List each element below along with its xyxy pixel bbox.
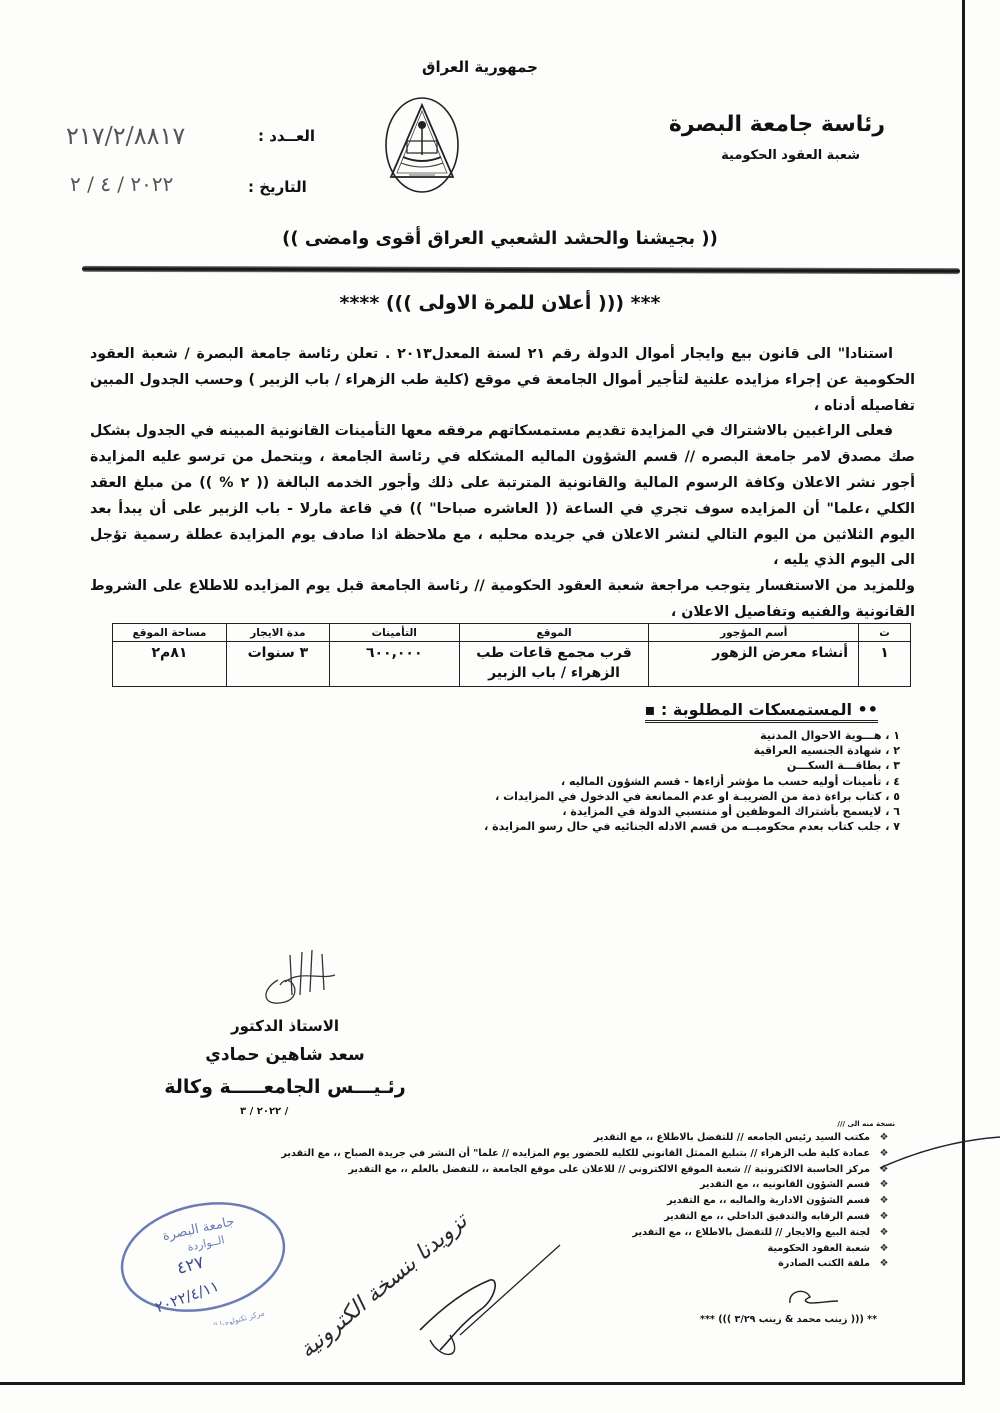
body-paragraph-legal-basis: استنادا" الى قانون بيع وايجار أموال الدو… [90,342,915,419]
typist-initials: ** ((( زينب محمد & زينب ٣/٢٩ ))) *** [700,1314,877,1325]
typist-signature-icon [780,1283,840,1313]
list-item: ❖قسم الشؤون القانونيه ،، مع التقدير [281,1177,892,1193]
announcement-body: استنادا" الى قانون بيع وايجار أموال الدو… [90,342,915,626]
signature-date: ٢٠٢٢ / ٣ / [240,1106,288,1117]
diamond-bullet-icon: ❖ [876,1130,892,1146]
list-item: ٥ ، كتاب براءة ذمة من الضريبـة او عدم ال… [484,789,900,804]
diamond-bullet-icon: ❖ [876,1146,892,1162]
document-number-handwritten: ٢١٧/٢/٨٨١٧ [66,122,256,150]
cell-lease-period: ٣ سنوات [226,642,329,687]
organization-title: رئاسة جامعة البصرة [669,112,885,137]
column-header-index: ت [859,624,911,642]
requirements-title: •• المستمسكات المطلوبة : ▪ [645,700,878,723]
body-paragraph-inquiry: وللمزيد من الاستفسار يتوجب مراجعة شعبة ا… [90,574,915,626]
list-item: ٤ ، تأمينات أوليه حسب ما مؤشر أزاءها - ق… [484,774,900,789]
list-item: ٣ ، بطاقـــة السكـــن [484,758,900,773]
cell-deposit: ٦٠٠,٠٠٠ [329,642,459,687]
slogan: (( بجيشنا والحشد الشعبي العراق أقوى وامض… [250,228,750,249]
column-header-deposit: التأمينات [329,624,459,642]
list-item: ❖قسم الشؤون الادارية والماليه ،، مع التق… [281,1193,892,1209]
signatory-role: رئـيـــس الجامعـــــة وكالة [150,1070,420,1104]
handwritten-note: تزويدنا بنسخة الكترونية [290,1210,530,1380]
page-border-bottom [0,1382,965,1385]
incoming-stamp-icon: جامعة البصرة الــواردة ٤٢٧ ٢٠٢٢/٤/١١ مرك… [115,1195,290,1325]
signatory-title: الاستاذ الدكتور [150,1012,420,1040]
svg-text:تزويدنا بنسخة الكترونية: تزويدنا بنسخة الكترونية [295,1210,475,1363]
copies-heading: نسخة منه الى /// [837,1120,895,1128]
list-item: ٧ ، جلب كتاب بعدم محكوميــه من قسم الادل… [484,819,900,834]
body-paragraph-conditions: فعلى الراغبين بالاشتراك في المزايدة تقدي… [90,419,915,574]
auction-items-table: ت أسم المؤجور الموقع التأمينات مدة الايج… [112,623,911,687]
header-divider [82,266,960,274]
president-signature-icon [250,940,350,1010]
list-item: ٢ ، شهادة الجنسيه العراقية [484,743,900,758]
diamond-bullet-icon: ❖ [876,1193,892,1209]
country-heading: جمهورية العراق [380,58,580,76]
diamond-bullet-icon: ❖ [876,1241,892,1257]
diamond-bullet-icon: ❖ [876,1177,892,1193]
signatory-name: سعد شاهين حمادي [150,1040,420,1070]
column-header-area: مساحة الموقع [113,624,227,642]
cell-area: ٨١م٢ [113,642,227,687]
cell-location: قرب مجمع قاعات طب الزهراء / باب الزبير [459,642,649,687]
svg-text:٤٢٧: ٤٢٧ [175,1253,207,1279]
university-emblem-icon [383,95,461,195]
diamond-bullet-icon: ❖ [876,1225,892,1241]
cell-item-name: أنشاء معرض الزهور [649,642,859,687]
page-border-right [962,0,965,1385]
column-header-lease-period: مدة الايجار [226,624,329,642]
document-date-handwritten: ٢٠٢٢ / ٤ / ٢ [70,172,250,196]
list-item: ❖عمادة كلية طب الزهراء // بتبليغ الممثل … [281,1146,892,1162]
announcement-title: *** ((( أعلان للمرة الاولى ))) **** [250,292,750,314]
table-header-row: ت أسم المؤجور الموقع التأمينات مدة الايج… [113,624,911,642]
cell-index: ١ [859,642,911,687]
column-header-location: الموقع [459,624,649,642]
document-number-label: العــدد : [258,127,315,145]
list-item: ١ ، هـــوية الاحوال المدنية [484,728,900,743]
list-item: ❖مركز الحاسبة الالكترونية // شعبة الموقع… [281,1162,892,1178]
table-row: ١ أنشاء معرض الزهور قرب مجمع قاعات طب ال… [113,642,911,687]
requirements-list: ١ ، هـــوية الاحوال المدنية ٢ ، شهادة ال… [484,728,900,834]
organization-subtitle: شعبة العقود الحكومية [721,148,860,163]
column-header-item-name: أسم المؤجور [649,624,859,642]
signature-block: الاستاذ الدكتور سعد شاهين حمادي رئـيـــس… [150,1012,420,1104]
list-item: ❖مكتب السيد رئيس الجامعه // للتفضل بالاط… [281,1130,892,1146]
list-item: ٦ ، لايسمح بأشتراك الموظفين أو منتسبي ال… [484,804,900,819]
diamond-bullet-icon: ❖ [876,1256,892,1272]
diamond-bullet-icon: ❖ [876,1209,892,1225]
diamond-bullet-icon: ❖ [876,1162,892,1178]
document-date-label: التاريخ : [248,178,307,196]
